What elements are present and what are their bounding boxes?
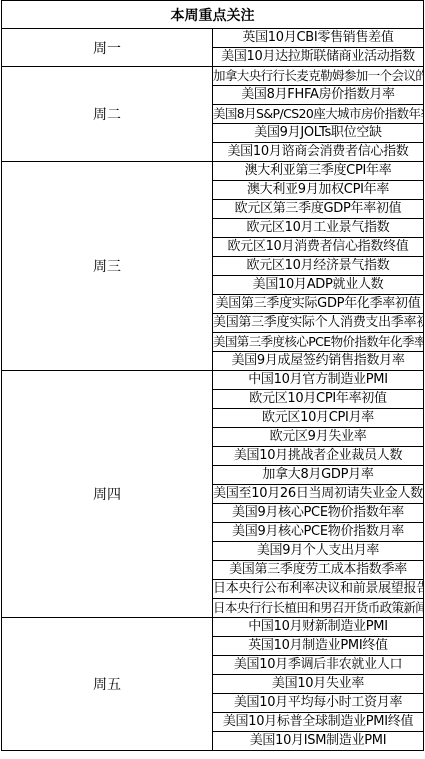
event-item: 中国10月官方制造业PMI	[213, 371, 424, 390]
event-item: 美国10月标普全球制造业PMI终值	[213, 713, 424, 732]
event-item: 澳大利亚9月加权CPI年率	[213, 181, 424, 200]
event-item: 加拿大8月GDP月率	[213, 466, 424, 485]
table-row: 周二加拿大央行行长麦克勒姆参加一个会议的炉边谈话。	[2, 67, 424, 86]
event-item: 欧元区10月消费者信心指数终值	[213, 238, 424, 257]
table-title: 本周重点关注	[2, 1, 424, 29]
table-row: 周五中国10月财新制造业PMI	[2, 618, 424, 637]
event-item: 英国10月CBI零售销售差值	[213, 29, 424, 48]
event-item: 美国10月达拉斯联储商业活动指数	[213, 48, 424, 67]
event-item: 欧元区10月CPI月率	[213, 409, 424, 428]
event-item: 欧元区10月工业景气指数	[213, 219, 424, 238]
event-item: 欧元区第三季度GDP年率初值	[213, 200, 424, 219]
event-item: 美国第三季度劳工成本指数季率	[213, 561, 424, 580]
event-item: 美国第三季度核心PCE物价指数年化季率初值	[213, 333, 424, 352]
day-label: 周三	[2, 162, 213, 371]
event-item: 中国10月财新制造业PMI	[213, 618, 424, 637]
event-item: 美国9月JOLTs职位空缺	[213, 124, 424, 143]
table-header-row: 本周重点关注	[2, 1, 424, 29]
event-item: 美国8月FHFA房价指数月率	[213, 86, 424, 105]
event-item: 美国10月挑战者企业裁员人数	[213, 447, 424, 466]
event-item: 美国第三季度实际个人消费支出季率初值	[213, 314, 424, 333]
event-item: 美国8月S&P/CS20座大城市房价指数年率	[213, 105, 424, 124]
event-item: 美国第三季度实际GDP年化季率初值	[213, 295, 424, 314]
table-row: 周一英国10月CBI零售销售差值	[2, 29, 424, 48]
day-label: 周一	[2, 29, 213, 67]
event-item: 美国10月ADP就业人数	[213, 276, 424, 295]
day-label: 周五	[2, 618, 213, 751]
event-item: 美国10月平均每小时工资月率	[213, 694, 424, 713]
event-item: 英国10月制造业PMI终值	[213, 637, 424, 656]
event-item: 欧元区10月经济景气指数	[213, 257, 424, 276]
event-item: 欧元区10月CPI年率初值	[213, 390, 424, 409]
table-body: 周一英国10月CBI零售销售差值美国10月达拉斯联储商业活动指数周二加拿大央行行…	[2, 29, 424, 751]
day-label: 周二	[2, 67, 213, 162]
event-item: 美国9月个人支出月率	[213, 542, 424, 561]
event-item: 美国9月核心PCE物价指数年率	[213, 504, 424, 523]
event-item: 日本央行公布利率决议和前景展望报告	[213, 580, 424, 599]
weekly-focus-table: 本周重点关注 周一英国10月CBI零售销售差值美国10月达拉斯联储商业活动指数周…	[1, 0, 424, 751]
table-row: 周四中国10月官方制造业PMI	[2, 371, 424, 390]
event-item: 澳大利亚第三季度CPI年率	[213, 162, 424, 181]
event-item: 美国至10月26日当周初请失业金人数	[213, 485, 424, 504]
table-row: 周三澳大利亚第三季度CPI年率	[2, 162, 424, 181]
event-item: 美国10月季调后非农就业人口	[213, 656, 424, 675]
event-item: 美国10月谘商会消费者信心指数	[213, 143, 424, 162]
event-item: 美国9月成屋签约销售指数月率	[213, 352, 424, 371]
event-item: 欧元区9月失业率	[213, 428, 424, 447]
event-item: 日本央行行长植田和男召开货币政策新闻发布会	[213, 599, 424, 618]
event-item: 美国9月核心PCE物价指数月率	[213, 523, 424, 542]
event-item: 美国10月失业率	[213, 675, 424, 694]
day-label: 周四	[2, 371, 213, 618]
event-item: 加拿大央行行长麦克勒姆参加一个会议的炉边谈话。	[213, 67, 424, 86]
event-item: 美国10月ISM制造业PMI	[213, 732, 424, 751]
